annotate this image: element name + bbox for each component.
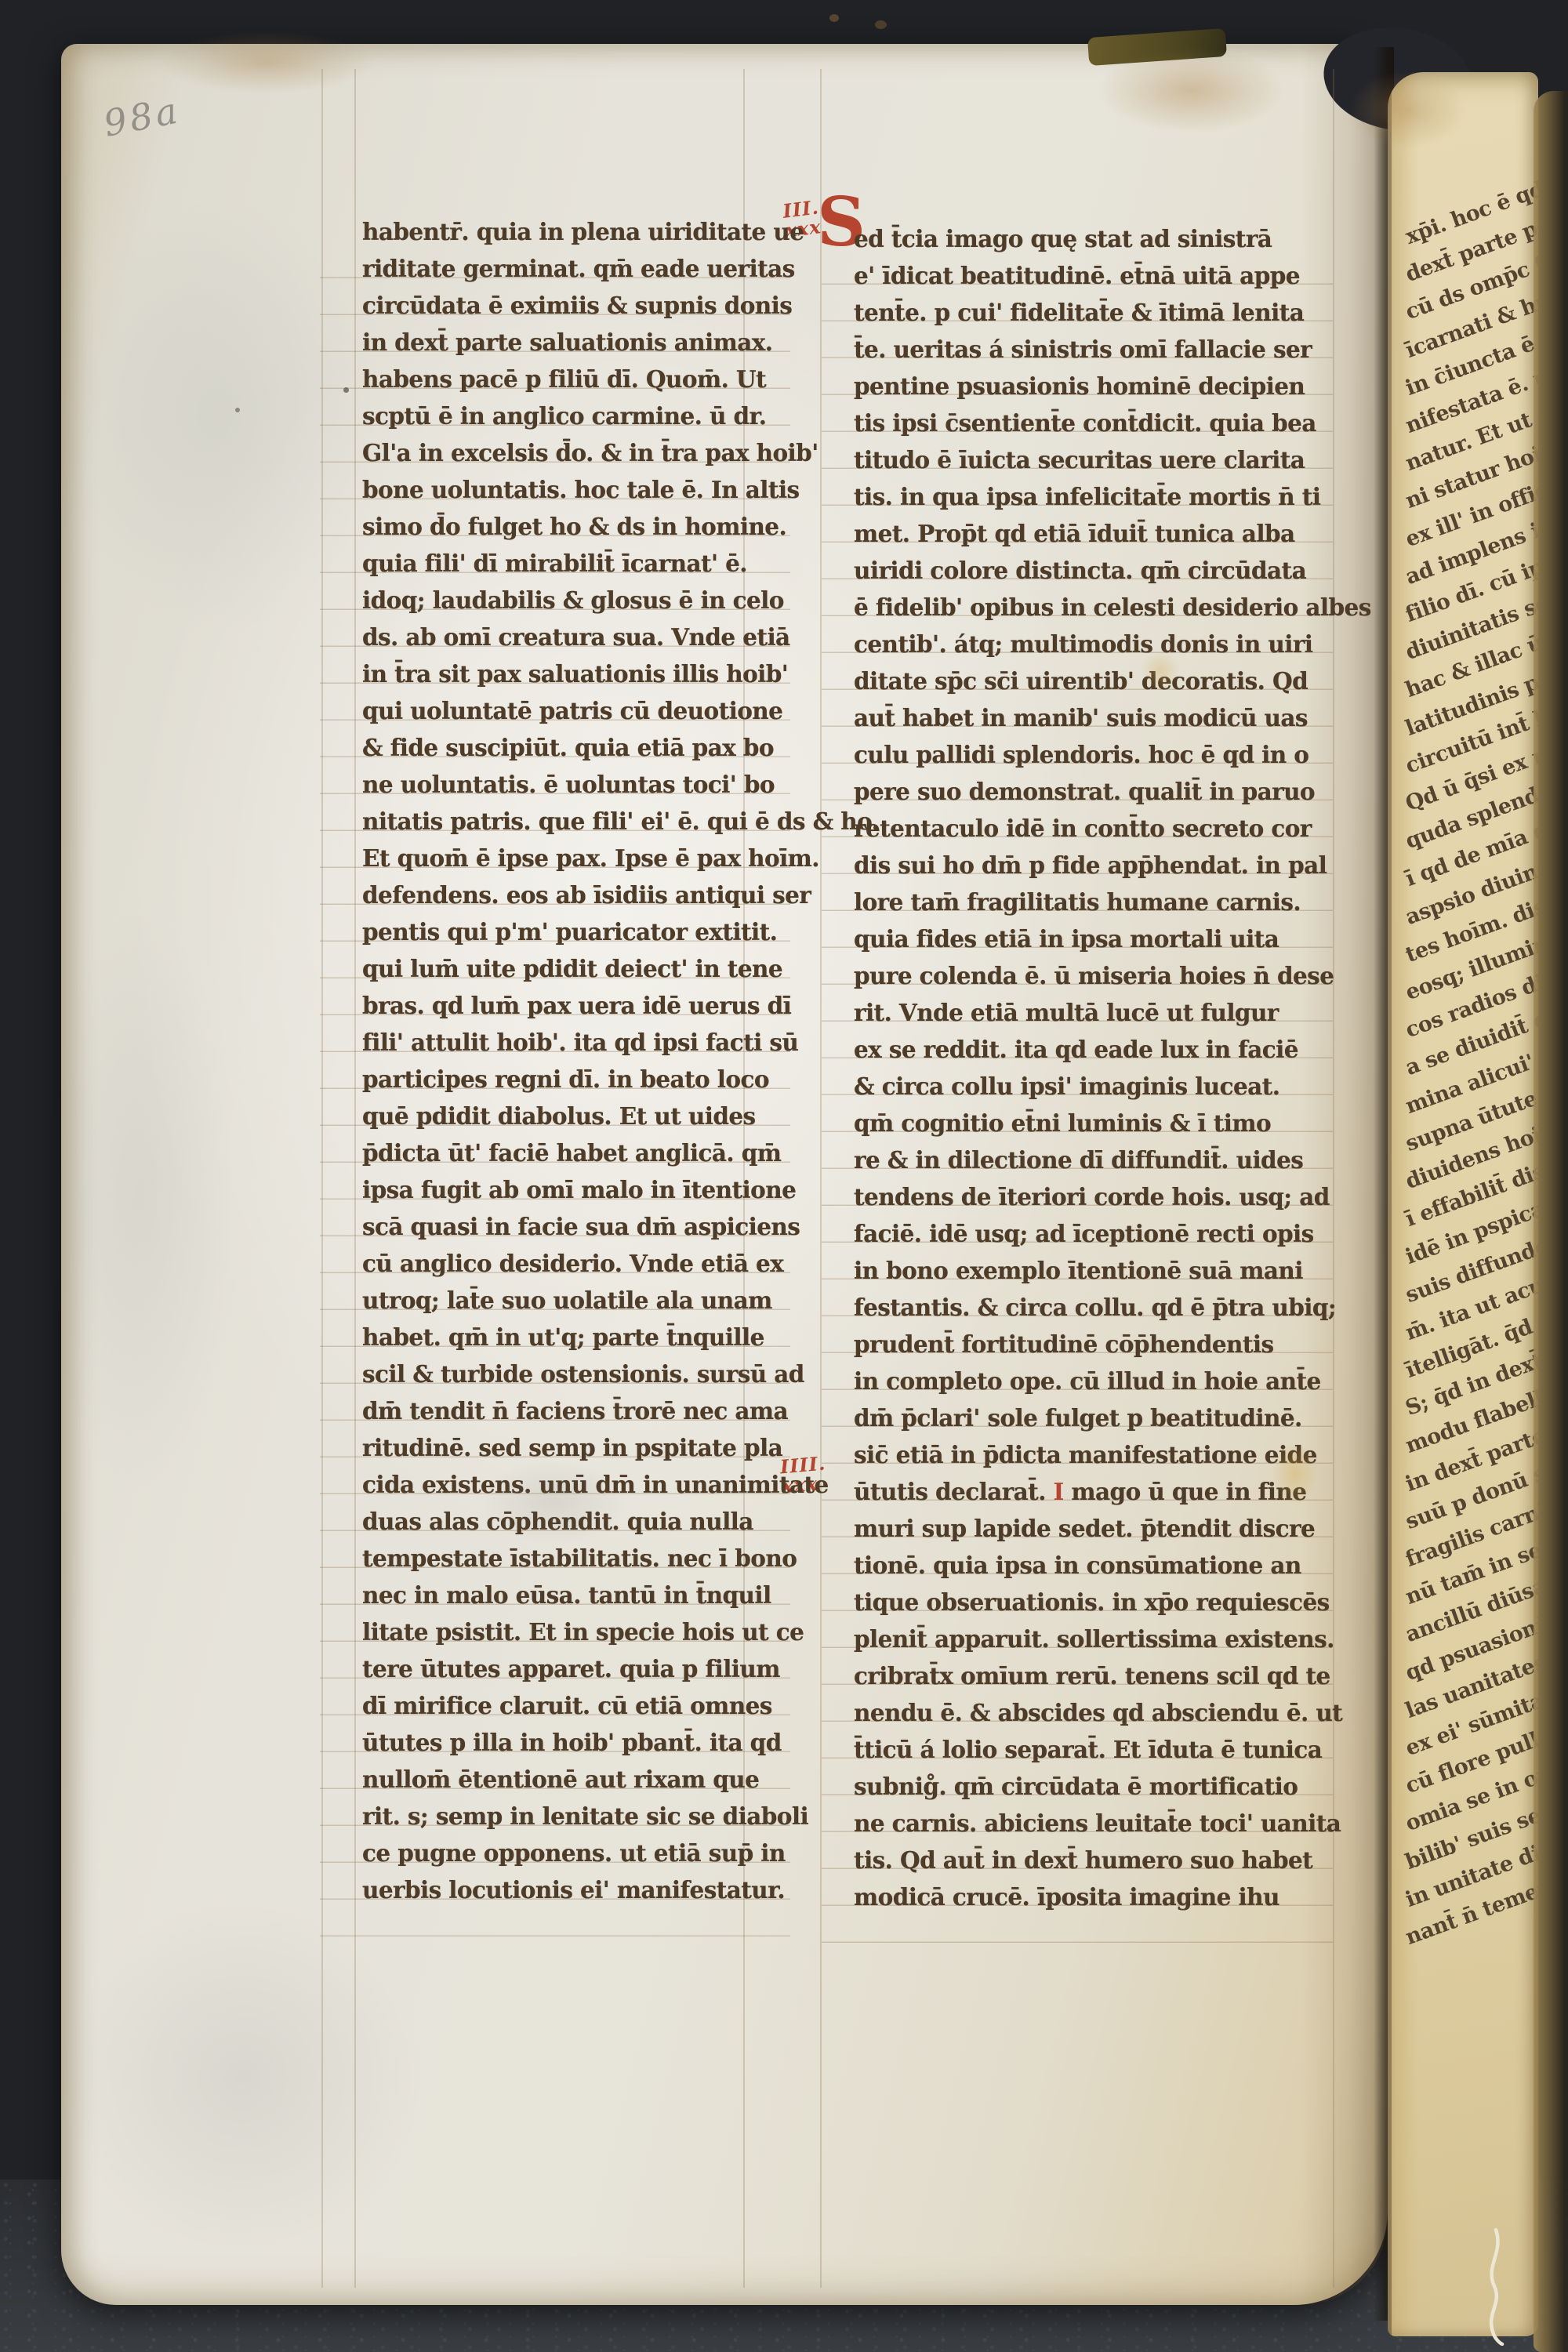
manuscript-line: re & in dilectione dī diffundit̄. uides <box>854 1142 1341 1178</box>
rubric-initial-i: I <box>1054 1478 1064 1505</box>
manuscript-line: in dext̄ parte saluationis animax. <box>362 324 837 361</box>
manuscript-line: subnig̊. qm̄ circūdata ē mortificatio <box>854 1768 1341 1805</box>
manuscript-line: qm̄ cognitio et̄ni luminis & ī timo <box>854 1105 1341 1142</box>
manuscript-line: faciē. idē usq; ad īceptionē recti opis <box>854 1215 1341 1252</box>
manuscript-line: scptū ē in anglico carmine. ū dr. <box>362 397 837 434</box>
manuscript-line: rit. Vnde etiā multā lucē ut fulgur <box>854 994 1341 1031</box>
manuscript-line: dm̄ p̄clari' sole fulget p beatitudinē. <box>854 1399 1341 1436</box>
manuscript-line: habet. qm̄ in ut'q; parte t̄nquille <box>362 1319 837 1356</box>
manuscript-line: tis ipsi c̄sentient̄e cont̄dicit. quia b… <box>854 405 1341 441</box>
manuscript-line: defendens. eos ab īsidiis antiqui ser <box>362 877 837 913</box>
manuscript-line: nendu ē. & abscides qd absciendu ē. ut <box>854 1694 1341 1731</box>
manuscript-line: participes regni dī. in beato loco <box>362 1061 837 1098</box>
manuscript-line: scil & turbide ostensionis. sursū ad <box>362 1356 837 1392</box>
manuscript-line: ē fidelib' opibus in celesti desiderio a… <box>854 589 1341 626</box>
manuscript-line: e' īdicat beatitudinē. et̄nā uitā appe <box>854 257 1341 294</box>
manuscript-line: nitatis patris. que fili' ei' ē. qui ē d… <box>362 803 837 840</box>
manuscript-line: ūtutes p illa in hoib' pbant̄. ita qd <box>362 1724 837 1761</box>
manuscript-line: rit. s; semp in lenitate sic se diaboli <box>362 1798 837 1835</box>
manuscript-line: riditate germinat. qm̄ eade ueritas <box>362 250 837 287</box>
manuscript-line: p̄dicta ūt' faciē habet anglicā. qm̄ <box>362 1134 837 1171</box>
manuscript-line: lore tam̄ fragilitatis humane carnis. <box>854 884 1341 920</box>
speck <box>875 20 887 29</box>
manuscript-line: tendens de īteriori corde hois. usq; ad <box>854 1178 1341 1215</box>
manuscript-line: tis. Qd aut̄ in dext̄ humero suo habet <box>854 1842 1341 1878</box>
manuscript-line: Et quom̄ ē ipse pax. Ipse ē pax hoīm. <box>362 840 837 877</box>
manuscript-line: qui uoluntatē patris cū deuotione <box>362 692 837 729</box>
manuscript-line: tique obseruationis. in xp̄o requiescēs <box>854 1584 1341 1621</box>
manuscript-line: cribrat̄x omīum rerū. tenens scil qd te <box>854 1657 1341 1694</box>
manuscript-line: titudo ē īuicta securitas uere clarita <box>854 441 1341 478</box>
next-leaf-fore-edge: xp̄i. hoc ē qd eade ūtdext̄ parte potent… <box>1388 72 1538 2336</box>
manuscript-line: pure colenda ē. ū miseria hoies n̄ dese <box>854 957 1341 994</box>
manuscript-line: t̄e. ueritas á sinistris omī fallacie se… <box>854 331 1341 368</box>
manuscript-line: ex se reddit. ita qd eade lux in faciē <box>854 1031 1341 1068</box>
manuscript-line: idoq; laudabilis & glosus ē in celo <box>362 582 837 619</box>
manuscript-line: pere suo demonstrat. qualit̄ in paruo <box>854 773 1341 810</box>
manuscript-line: ds. ab omī creatura sua. Vnde etiā <box>362 619 837 655</box>
manuscript-line: tis. in qua ipsa infelicitat̄e mortis n̄… <box>854 478 1341 515</box>
manuscript-line: qui lum̄ uite pdidit deiect' in tene <box>362 950 837 987</box>
manuscript-line: utroq; lat̄e suo uolatile ala unam <box>362 1282 837 1319</box>
manuscript-line: ditate sp̄c sc̄i uirentib' decoratis. Qd <box>854 662 1341 699</box>
manuscript-line: festantis. & circa collu. qd ē p̄tra ubi… <box>854 1289 1341 1326</box>
outer-fore-edge <box>1534 91 1568 2352</box>
manuscript-line: scā quasi in facie sua dm̄ aspiciens <box>362 1208 837 1245</box>
manuscript-line: Gl'a in excelsis d̄o. & in t̄ra pax hoib… <box>362 434 837 471</box>
manuscript-line: ne carnis. abiciens leuitat̄e toci' uani… <box>854 1805 1341 1842</box>
manuscript-line: ipsa fugit ab omī malo in ītentione <box>362 1171 837 1208</box>
manuscript-line: litate psistit. Et in specie hois ut ce <box>362 1613 837 1650</box>
manuscript-line: retentaculo idē in cont̄to secreto cor <box>854 810 1341 847</box>
manuscript-line: nullom̄ ētentionē aut rixam que <box>362 1761 837 1798</box>
manuscript-line: in completo ope. cū illud in hoie ant̄e <box>854 1363 1341 1399</box>
manuscript-line: habens pacē p filiū dī. Quom̄. Ut <box>362 361 837 397</box>
manuscript-line: ritudinē. sed semp in pspitate pla <box>362 1429 837 1466</box>
speck <box>829 14 839 22</box>
manuscript-line: uerbis locutionis ei' manifestatur. <box>362 1871 837 1908</box>
manuscript-line: aut̄ habet in manib' suis modicū uas <box>854 699 1341 736</box>
page-root: { "page": { "folio_number": "98a", "desc… <box>0 0 1568 2352</box>
manuscript-line: prudent̄ fortitudinē cōp̄hendentis <box>854 1326 1341 1363</box>
manuscript-line: sic̄ etiā in p̄dicta manifestatione eide <box>854 1436 1341 1473</box>
manuscript-line: pentis qui p'm' puaricator extitit. <box>362 913 837 950</box>
manuscript-line: ne uoluntatis. ē uoluntas toci' bo <box>362 766 837 803</box>
manuscript-line: muri sup lapide sedet. p̄tendit discre <box>854 1510 1341 1547</box>
manuscript-line: dm̄ tendit n̄ faciens t̄rorē nec ama <box>362 1392 837 1429</box>
manuscript-line: fili' attulit hoib'. ita qd ipsi facti s… <box>362 1024 837 1061</box>
manuscript-line: simo d̄o fulget ho & ds in homine. <box>362 508 837 545</box>
manuscript-line: in bono exemplo ītentionē suā mani <box>854 1252 1341 1289</box>
manuscript-line: & fide suscipiūt. quia etiā pax bo <box>362 729 837 766</box>
manuscript-line: quia fides etiā in ipsa mortali uita <box>854 920 1341 957</box>
manuscript-line: habentr̄. quia in plena uiriditate ue <box>362 213 837 250</box>
manuscript-line: t̄ticū á lolio separat̄. Et īduta ē tuni… <box>854 1731 1341 1768</box>
manuscript-line: quia fili' dī mirabilit̄ īcarnat' ē. <box>362 545 837 582</box>
manuscript-line: ce pugne opponens. ut etiā sup̄ in <box>362 1835 837 1871</box>
manuscript-line: bone uoluntatis. hoc tale ē. In altis <box>362 471 837 508</box>
manuscript-line: duas alas cōphendit. quia nulla <box>362 1503 837 1540</box>
manuscript-line: met. Prop̄t qd etiā īduit̄ tunica alba <box>854 515 1341 552</box>
manuscript-line: tent̄e. p cui' fidelitat̄e & ītimā lenit… <box>854 294 1341 331</box>
manuscript-line: tempestate īstabilitatis. nec ī bono <box>362 1540 837 1577</box>
manuscript-line: dī mirifice claruit. cū etiā omnes <box>362 1687 837 1724</box>
text-column-right: ed t̄cia imago quę stat ad sinistrāe' īd… <box>854 220 1341 1915</box>
manuscript-line: bras. qd lum̄ pax uera idē uerus dī <box>362 987 837 1024</box>
manuscript-line: circūdata ē eximiis & supnis donis <box>362 287 837 324</box>
manuscript-line: culu pallidi splendoris. hoc ē qd in o <box>854 736 1341 773</box>
manuscript-line: & circa collu ipsi' imaginis luceat. <box>854 1068 1341 1105</box>
sewing-thread <box>1479 2228 1526 2346</box>
manuscript-line: plenit̄ apparuit. sollertissima existens… <box>854 1621 1341 1657</box>
manuscript-line: uiridi colore distincta. qm̄ circūdata <box>854 552 1341 589</box>
manuscript-line: ūtutis declarat̄. I mago ū que in fine <box>854 1473 1341 1510</box>
manuscript-line: ed t̄cia imago quę stat ad sinistrā <box>854 220 1341 257</box>
manuscript-line: cida existens. unū dm̄ in unanimitate <box>362 1466 837 1503</box>
text-column-left: habentr̄. quia in plena uiriditate uerid… <box>362 213 837 1908</box>
manuscript-line: in t̄ra sit pax saluationis illis hoib' <box>362 655 837 692</box>
manuscript-line: centib'. átq; multimodis donis in uiri <box>854 626 1341 662</box>
manuscript-line: modicā crucē. īposita imagine ihu <box>854 1878 1341 1915</box>
manuscript-line: nec in malo eūsa. tantū in t̄nquil <box>362 1577 837 1613</box>
manuscript-line: pentine psuasionis hominē decipien <box>854 368 1341 405</box>
manuscript-line: tionē. quia ipsa in consūmatione an <box>854 1547 1341 1584</box>
manuscript-line: quē pdidit diabolus. Et ut uides <box>362 1098 837 1134</box>
manuscript-line: cū anglico desiderio. Vnde etiā ex <box>362 1245 837 1282</box>
manuscript-line: dis sui ho dm̄ p fide app̄hendat. in pal <box>854 847 1341 884</box>
manuscript-line: tere ūtutes apparet. quia p filium <box>362 1650 837 1687</box>
